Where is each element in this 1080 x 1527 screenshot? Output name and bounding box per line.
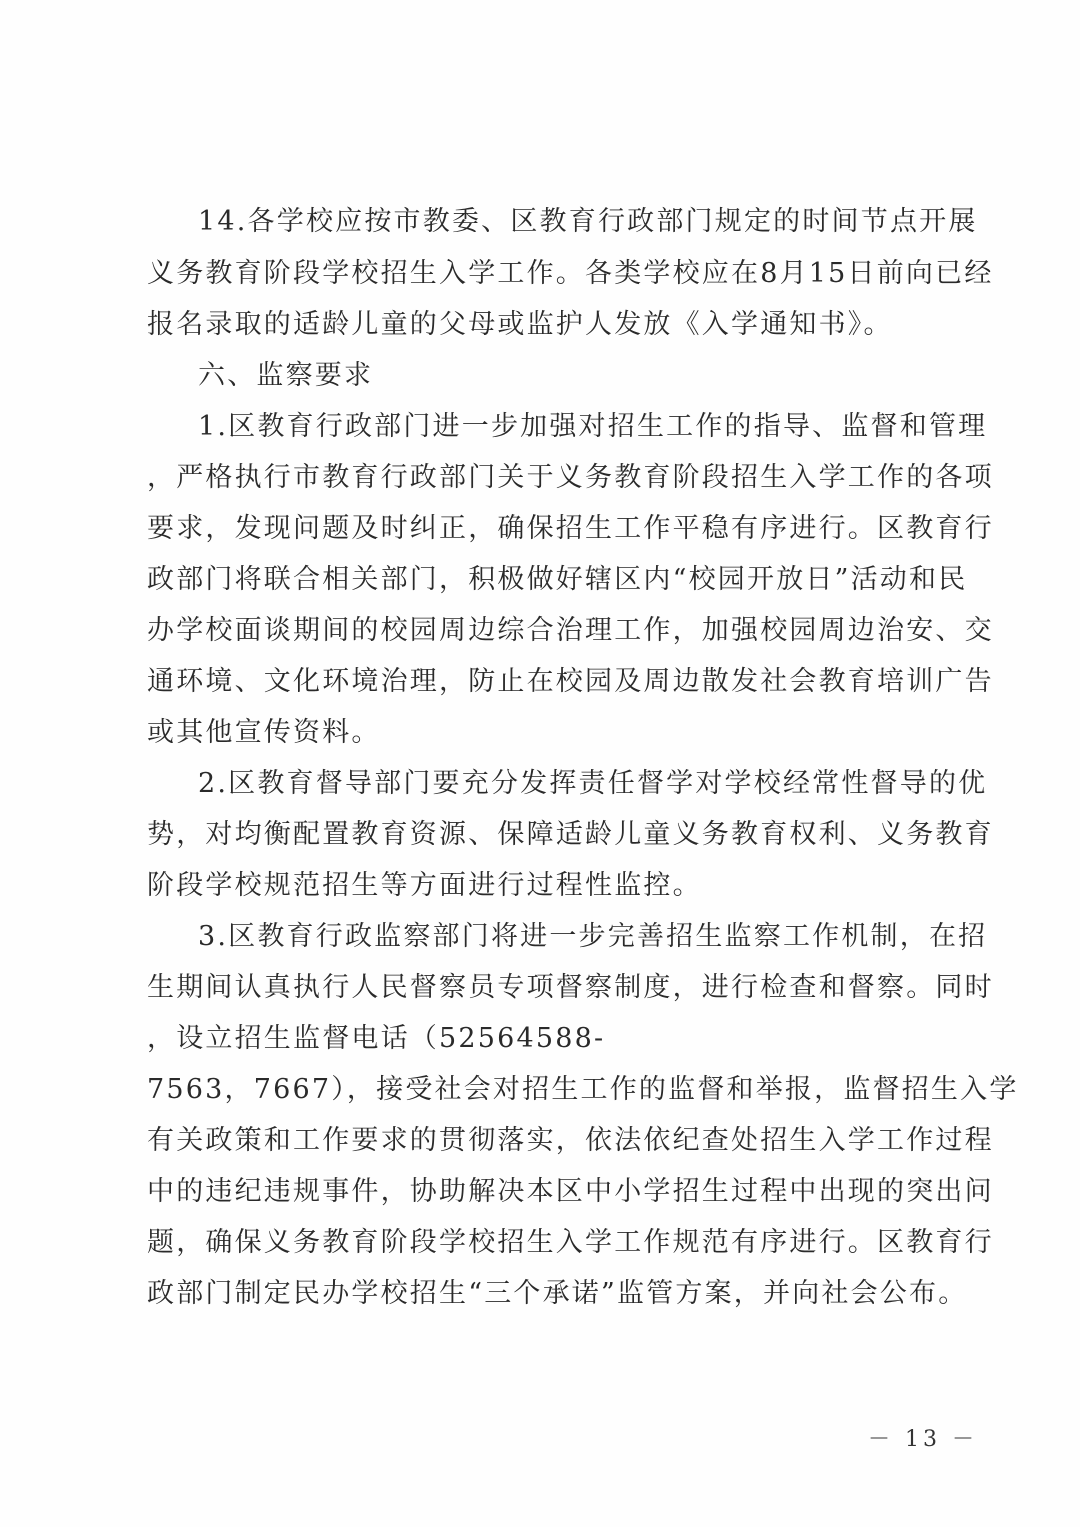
- text-line: 2.区教育督导部门要充分发挥责任督学对学校经常性督导的优: [198, 767, 988, 801]
- text-line: ，严格执行市教育行政部门关于义务教育阶段招生入学工作的各项: [147, 461, 937, 495]
- section-heading: 六、监察要求: [198, 359, 988, 393]
- text-line: 阶段学校规范招生等方面进行过程性监控。: [147, 869, 937, 903]
- text-line: 生期间认真执行人民督察员专项督察制度，进行检查和督察。同时: [147, 971, 937, 1005]
- text-line: 或其他宣传资料。: [147, 716, 937, 750]
- text-line: 中的违纪违规事件，协助解决本区中小学招生过程中出现的突出问: [147, 1175, 937, 1209]
- text-line: 办学校面谈期间的校园周边综合治理工作，加强校园周边治安、交: [147, 614, 937, 648]
- document-page: 14.各学校应按市教委、区教育行政部门规定的时间节点开展 义务教育阶段学校招生入…: [0, 0, 1080, 1527]
- text-line: 3.区教育行政监察部门将进一步完善招生监察工作机制，在招: [198, 920, 988, 954]
- text-line: 14.各学校应按市教委、区教育行政部门规定的时间节点开展: [198, 205, 988, 239]
- text-line: 7563，7667），接受社会对招生工作的监督和举报，监督招生入学: [147, 1073, 937, 1107]
- text-line: 要求，发现问题及时纠正，确保招生工作平稳有序进行。区教育行: [147, 512, 937, 546]
- text-line: 题，确保义务教育阶段学校招生入学工作规范有序进行。区教育行: [147, 1226, 937, 1260]
- text-line: 报名录取的适龄儿童的父母或监护人发放《入学通知书》。: [147, 308, 937, 342]
- text-line: 有关政策和工作要求的贯彻落实，依法依纪查处招生入学工作过程: [147, 1124, 937, 1158]
- text-line: 势，对均衡配置教育资源、保障适龄儿童义务教育权利、义务教育: [147, 818, 937, 852]
- text-line: 政部门制定民办学校招生“三个承诺”监管方案，并向社会公布。: [147, 1277, 937, 1311]
- text-line: ，设立招生监督电话（52564588-: [147, 1022, 937, 1056]
- text-line: 政部门将联合相关部门，积极做好辖区内“校园开放日”活动和民: [147, 563, 937, 597]
- page-number: － 13 －: [868, 1422, 978, 1453]
- text-line: 义务教育阶段学校招生入学工作。各类学校应在8月15日前向已经: [147, 257, 937, 291]
- text-line: 通环境、文化环境治理，防止在校园及周边散发社会教育培训广告: [147, 665, 937, 699]
- text-line: 1.区教育行政部门进一步加强对招生工作的指导、监督和管理: [198, 410, 988, 444]
